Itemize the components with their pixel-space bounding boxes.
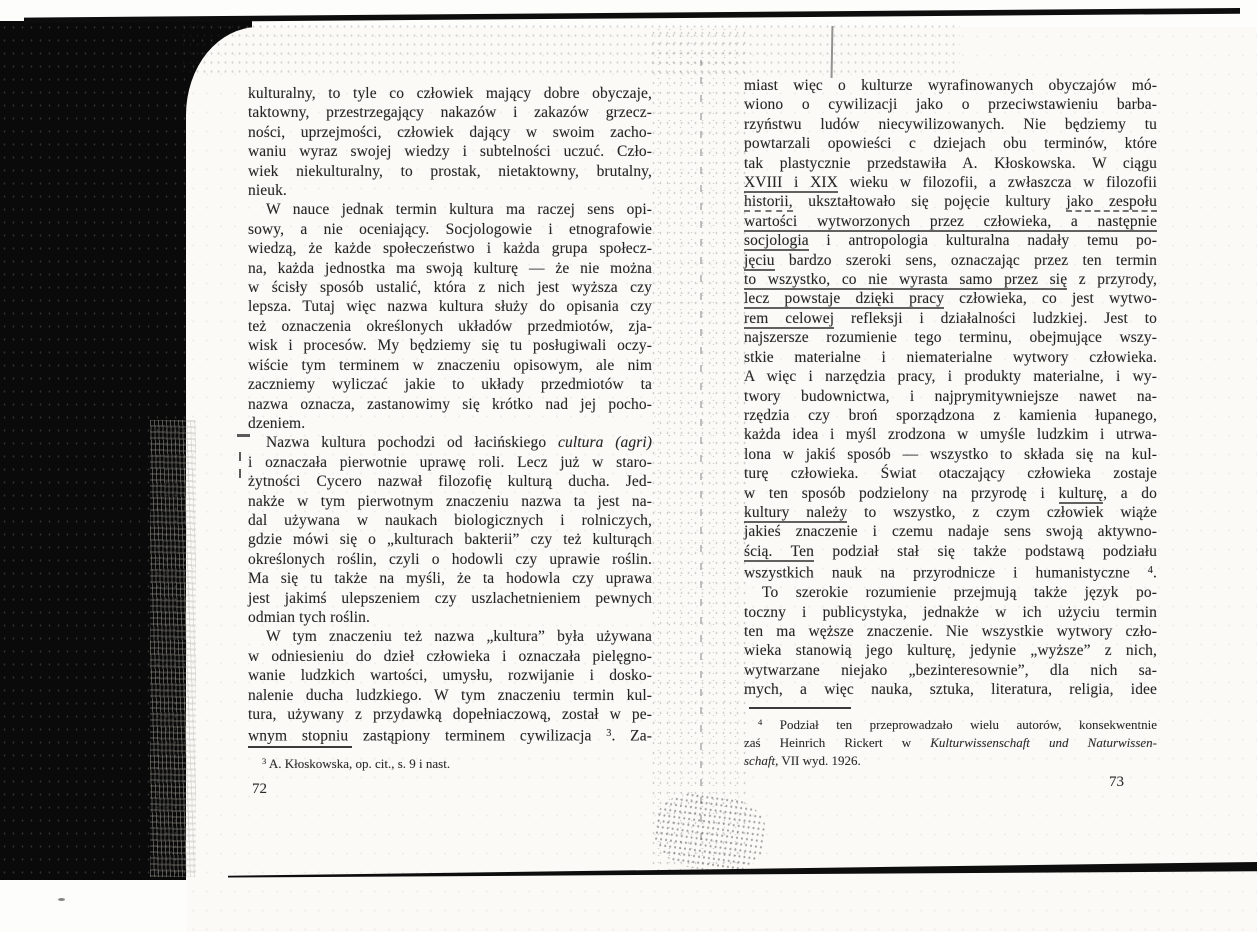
text-line: lecz powstaje dzięki pracy człowieka, co… [744, 289, 1157, 308]
text-line: wnym stopniu zastąpiony terminem cywiliz… [248, 724, 652, 746]
text-line: 3 A. Kłoskowska, op. cit., s. 9 i nast. [248, 752, 652, 773]
text-line: XVIII i XIX wieku w filozofii, a zwłaszc… [744, 173, 1157, 192]
pen-underline: kulturę [1059, 485, 1104, 504]
text-line: wisk i procesów. My będziemy się tu posł… [248, 336, 652, 355]
text-line: twory budownictwa, i najprymitywniejsze … [744, 387, 1157, 406]
text-line: w ten sposób podzielony na przyrodę i ku… [744, 484, 1157, 503]
text-line: rem celowej refleksji i działalności lud… [744, 309, 1157, 328]
text-line: schaft, VII wyd. 1926. [744, 752, 1157, 770]
text-line: waniu wyraz swojej wiedzy i subtelności … [248, 142, 652, 161]
text-line: dal używana w naukach biologicznych i ro… [248, 511, 652, 530]
text-line: ten ma węższe znaczenie. Nie wszystkie w… [744, 622, 1157, 641]
text-line: wszystkich nauk na przyrodnicze i humani… [744, 561, 1157, 583]
pen-underline: ścią. Ten [744, 543, 814, 562]
scan-artifact-page-edge-texture [150, 420, 196, 877]
pen-underline: lecz powstaje dzięki pracy [744, 290, 944, 309]
pen-underline: socjologia [744, 232, 809, 251]
text-line: w odniesieniu do dzieł człowieka i oznac… [248, 647, 652, 666]
text-line: kultury należy to wszystko, z czym człow… [744, 503, 1157, 522]
text-line: jakieś znaczenie i czemu nadaje sens swo… [744, 522, 1157, 541]
italic-text: cultura (agri) [558, 434, 652, 451]
superscript-marker: 3 [262, 756, 266, 766]
text-line: zaczniemy wyliczać jakie to układy przed… [248, 375, 652, 394]
text-line: wytwarzane niejako „bezinteresownie”, dl… [744, 661, 1157, 680]
text-line: odmian tych roślin. [248, 608, 652, 627]
text-line: stkie materialne i niematerialne wytwory… [744, 348, 1157, 367]
text-line: kulturalny, to tyle co człowiek mający d… [248, 84, 652, 103]
text-line: zaś Heinrich Rickert w Kulturwissenschaf… [744, 734, 1157, 752]
scan-artifact-top-edge [24, 8, 1240, 23]
footnote-rule [749, 707, 851, 709]
scan-artifact-gutter-line [700, 60, 702, 840]
page-number-right: 73 [1109, 774, 1124, 791]
text-line: nazwa oznacza, zastanowimy się krótko na… [248, 395, 652, 414]
text-line: taktowny, przestrzegający nakazów i zaka… [248, 103, 652, 122]
text-line: W nauce jednak termin kultura ma raczej … [248, 200, 652, 219]
text-line: jest jakimś ulepszeniem czy uszlachetnie… [248, 589, 652, 608]
superscript-marker: 3 [606, 728, 611, 739]
text-line: wiedzą, że każde społeczeństwo i każda g… [248, 239, 652, 258]
text-line: sowy, a nie oceniający. Socjologowie i e… [248, 220, 652, 239]
superscript-marker: 4 [1148, 565, 1153, 576]
text-line: wiek niekulturalny, to prostak, nietakto… [248, 162, 652, 181]
text-line: dzeniem. [248, 414, 652, 433]
pen-underline: kultury należy [744, 504, 847, 523]
text-line: jęciu bardzo szeroki sens, oznaczając pr… [744, 251, 1157, 270]
text-line: w ścisły sposób ustalić, która z nich je… [248, 278, 652, 297]
text-line: wieka stanowią jego kulturę, jedynie „wy… [744, 641, 1157, 660]
text-line: wiście tym terminem w znaczeniu opisowym… [248, 356, 652, 375]
text-line: A więc i narzędzia pracy, i produkty mat… [744, 367, 1157, 386]
text-line: powtarzali opowieści c dziejach obu term… [744, 134, 1157, 153]
book-scan: kulturalny, to tyle co człowiek mający d… [0, 0, 1257, 932]
left-page-text: kulturalny, to tyle co człowiek mający d… [248, 84, 652, 746]
text-line: tura, używany z przydawką dopełniaczową,… [248, 705, 652, 724]
text-line: wartości wytworzonych przez człowieka, a… [744, 212, 1157, 231]
text-line: W tym znaczeniu też nazwa „kultura” była… [248, 627, 652, 646]
text-line: Ma się tu także na myśli, że ta hodowla … [248, 569, 652, 588]
right-page-footnote: 4 Podział ten przeprowadzało wielu autor… [744, 713, 1157, 770]
scan-artifact-top-speckle [180, 22, 960, 76]
text-line: nakże w tym pierwotnym znaczeniu nazwa t… [248, 492, 652, 511]
text-line: gdzie mówi się o „kulturach bakterii” cz… [248, 530, 652, 549]
text-line: określonych roślin, czyli o hodowli czy … [248, 550, 652, 569]
text-line: i oznaczała pierwotnie uprawę roli. Lecz… [248, 453, 652, 472]
pen-underline-dashed: jako zespołu [1066, 193, 1157, 212]
text-line: ścią. Ten podział stał się także podstaw… [744, 542, 1157, 561]
pen-mark [239, 452, 241, 461]
text-line: nieuk. [248, 181, 652, 200]
text-line: żytności Cycero nazwał filozofię kulturą… [248, 472, 652, 491]
text-line: na, każda jednostka ma swoją kulturę — ż… [248, 259, 652, 278]
text-line: ności, uprzejmości, człowiek dający w sw… [248, 123, 652, 142]
text-line: lepsza. Tutaj więc nazwa kultura służy d… [248, 297, 652, 316]
text-line: Nazwa kultura pochodzi od łacińskiego cu… [248, 433, 652, 452]
text-line: rzyństwu ludów niecywilizowanych. Nie bę… [744, 115, 1157, 134]
page-number-left: 72 [252, 781, 267, 798]
pen-underline: XVIII i XIX [744, 174, 838, 193]
superscript-marker: 4 [758, 717, 762, 727]
scan-artifact-ink-dot [58, 898, 65, 901]
text-line: też oznaczenia określonych układów przed… [248, 317, 652, 336]
text-line: lona w jakiś sposób — wszystko to składa… [744, 445, 1157, 464]
text-line: najszersze rozumienie tego terminu, obej… [744, 328, 1157, 347]
italic-text: schaft [744, 753, 775, 768]
pen-underline: jęciu [744, 252, 775, 271]
text-line: miast więc o kulturze wyrafinowanych oby… [744, 76, 1157, 95]
text-line: każda idea i myśl zrodzona w umyśle ludz… [744, 425, 1157, 444]
text-line: nalenie ducha ludzkiego. W tym znaczeniu… [248, 686, 652, 705]
text-line: wiono o cywilizacji jako o przeciwstawie… [744, 95, 1157, 114]
text-line: turę człowieka. Świat otaczający człowie… [744, 464, 1157, 483]
text-line: toczny i publicystyka, jednakże w ich uż… [744, 603, 1157, 622]
text-line: 4 Podział ten przeprowadzało wielu autor… [744, 713, 1157, 734]
text-line: to wszystko, co nie wyrasta samo przez s… [744, 270, 1157, 289]
pen-underline: wartości wytworzonych przez człowieka, a… [744, 213, 1157, 232]
pen-mark [239, 469, 241, 478]
text-line: tak plastycznie przedstawiła A. Kłoskows… [744, 154, 1157, 173]
footnote-rule [248, 746, 352, 748]
pen-underline-dashed: historii, [744, 193, 793, 212]
pen-underline: to wszystko, co nie wyrasta samo przez s… [744, 271, 1067, 290]
italic-text: Kulturwissenschaft und Naturwissen- [930, 735, 1157, 750]
right-page-text: miast więc o kulturze wyrafinowanych oby… [744, 76, 1157, 700]
pen-underline: rem celowej [744, 310, 834, 329]
left-page-footnote: 3 A. Kłoskowska, op. cit., s. 9 i nast. [248, 752, 652, 773]
text-line: socjologia i antropologia kulturalna nad… [744, 231, 1157, 250]
scan-artifact-gutter-shadow [650, 28, 746, 872]
text-line: historii, ukształtowało się pojęcie kult… [744, 192, 1157, 211]
text-line: wanie ludzkich wartości, umysłu, rozwija… [248, 666, 652, 685]
text-line: mych, a więc nauka, sztuka, literatura, … [744, 680, 1157, 699]
text-line: rzędzia czy broń sporządzona z kamienia … [744, 406, 1157, 425]
text-line: To szerokie rozumienie przejmują także j… [744, 583, 1157, 602]
